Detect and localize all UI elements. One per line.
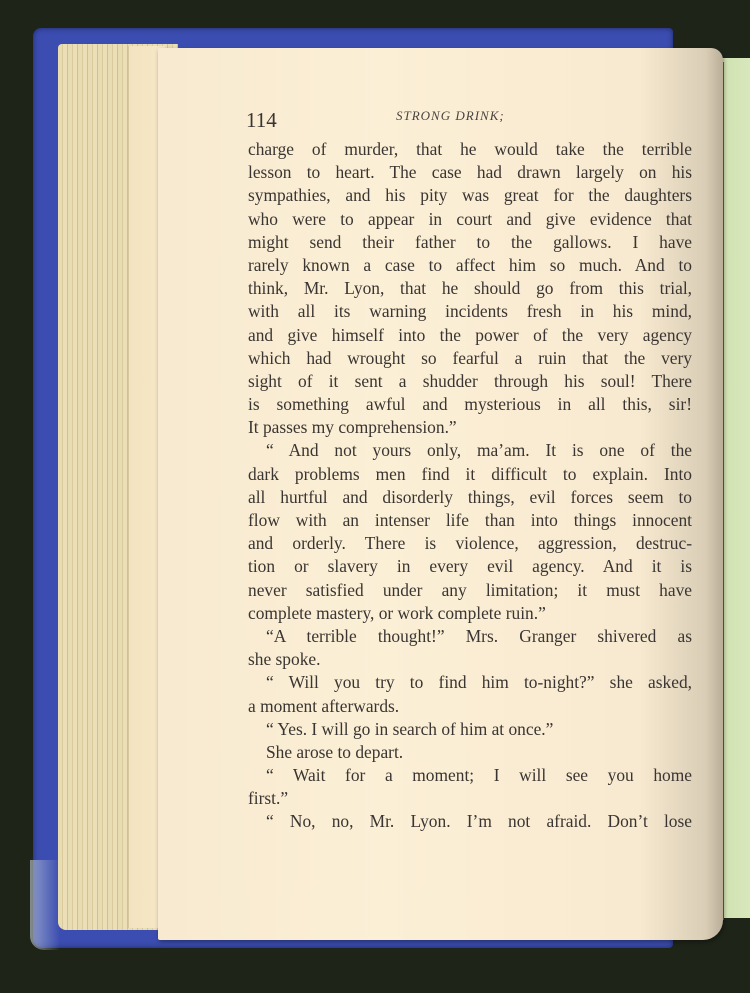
text-line: “ And not yours only, ma’am. It is one o… bbox=[248, 439, 692, 462]
text-line: complete mastery, or work complete ruin.… bbox=[248, 602, 692, 625]
text-line: “ Will you try to find him to-night?” sh… bbox=[248, 671, 692, 694]
text-line: with all its warning incidents fresh in … bbox=[248, 300, 692, 323]
text-line: a moment afterwards. bbox=[248, 695, 692, 718]
text-line: who were to appear in court and give evi… bbox=[248, 208, 692, 231]
text-line: tion or slavery in every evil agency. An… bbox=[248, 555, 692, 578]
page-header: 114 STRONG DRINK; bbox=[246, 104, 686, 134]
text-line: might send their father to the gallows. … bbox=[248, 231, 692, 254]
text-line: flow with an intenser life than into thi… bbox=[248, 509, 692, 532]
text-line: which had wrought so fearful a ruin that… bbox=[248, 347, 692, 370]
text-line: she spoke. bbox=[248, 648, 692, 671]
running-title: STRONG DRINK; bbox=[396, 108, 505, 124]
text-line: rarely known a case to affect him so muc… bbox=[248, 254, 692, 277]
book-scan: 114 STRONG DRINK; charge of murder, that… bbox=[0, 0, 750, 993]
text-line: is something awful and mysterious in all… bbox=[248, 393, 692, 416]
text-line: charge of murder, that he would take the… bbox=[248, 138, 692, 161]
body-text: charge of murder, that he would take the… bbox=[248, 138, 692, 834]
text-line: think, Mr. Lyon, that he should go from … bbox=[248, 277, 692, 300]
text-line: all hurtful and disorderly things, evil … bbox=[248, 486, 692, 509]
text-line: sympathies, and his pity was great for t… bbox=[248, 184, 692, 207]
adjacent-page bbox=[722, 58, 750, 918]
text-line: “ Yes. I will go in search of him at onc… bbox=[248, 718, 692, 741]
text-line: “A terrible thought!” Mrs. Granger shive… bbox=[248, 625, 692, 648]
text-line: “ Wait for a moment; I will see you home bbox=[248, 764, 692, 787]
text-line: and give himself into the power of the v… bbox=[248, 324, 692, 347]
frayed-cover-corner bbox=[30, 860, 60, 950]
text-line: dark problems men find it difficult to e… bbox=[248, 463, 692, 486]
text-line: lesson to heart. The case had drawn larg… bbox=[248, 161, 692, 184]
text-line: and orderly. There is violence, aggressi… bbox=[248, 532, 692, 555]
text-line: first.” bbox=[248, 787, 692, 810]
text-line: She arose to depart. bbox=[248, 741, 692, 764]
text-line: sight of it sent a shudder through his s… bbox=[248, 370, 692, 393]
text-line: “ No, no, Mr. Lyon. I’m not afraid. Don’… bbox=[248, 810, 692, 833]
text-line: never satisfied under any limitation; it… bbox=[248, 579, 692, 602]
page-number: 114 bbox=[246, 108, 277, 133]
text-line: It passes my comprehension.” bbox=[248, 416, 692, 439]
